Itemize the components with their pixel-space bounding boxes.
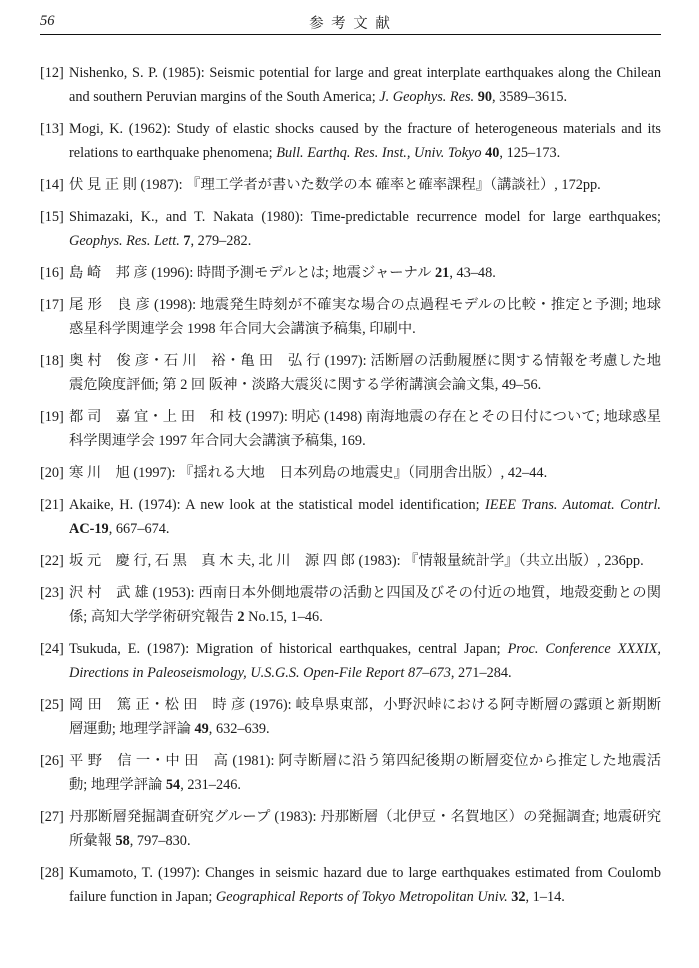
reference-text: Tsukuda, E. (1987): Migration of histori… [69, 637, 661, 685]
reference-item: [22]坂 元 慶 行, 石 黒 真 木 夫, 北 川 源 四 郎 (1983)… [40, 549, 661, 573]
reference-text-segment: 岡 田 篤 正・松 田 時 彦 (1976): 岐阜県東部，小野沢峠における阿寺… [69, 697, 661, 737]
reference-item: [17]尾 形 良 彦 (1998): 地震発生時刻が不確実な場合の点過程モデル… [40, 293, 661, 341]
reference-label: [15] [40, 205, 68, 253]
reference-text-segment: 32 [511, 889, 525, 905]
running-header: 56 参 考 文 献 [40, 12, 661, 35]
reference-label: [25] [40, 693, 68, 741]
reference-text-segment: 奥 村 俊 彦・石 川 裕・亀 田 弘 行 (1997): 活断層の活動履歴に関… [69, 353, 661, 393]
reference-text-segment: 40 [485, 145, 499, 161]
reference-text-segment: , 3589–3615. [492, 89, 567, 105]
reference-item: [14]伏 見 正 則 (1987): 『理工学者が書いた数学の本 確率と確率課… [40, 173, 661, 197]
reference-text-segment: 21 [435, 265, 449, 281]
reference-text-segment: 島 崎 邦 彦 (1996): 時間予測モデルとは; 地震ジャーナル [69, 265, 435, 281]
reference-text: 奥 村 俊 彦・石 川 裕・亀 田 弘 行 (1997): 活断層の活動履歴に関… [69, 349, 661, 397]
reference-label: [14] [40, 173, 68, 197]
header-title: 参 考 文 献 [40, 12, 661, 33]
reference-text: 寒 川 旭 (1997): 『揺れる大地 日本列島の地震史』（同朋舎出版）, 4… [69, 461, 661, 485]
reference-label: [21] [40, 493, 68, 541]
reference-text-segment: IEEE Trans. Automat. Contrl. [485, 497, 661, 513]
reference-text: 坂 元 慶 行, 石 黒 真 木 夫, 北 川 源 四 郎 (1983): 『情… [69, 549, 661, 573]
reference-text-segment: , 271–284. [451, 665, 512, 681]
reference-text-segment: , 231–246. [180, 777, 241, 793]
reference-item: [23]沢 村 武 雄 (1953): 西南日本外側地震帯の活動と四国及びその付… [40, 581, 661, 629]
reference-item: [18]奥 村 俊 彦・石 川 裕・亀 田 弘 行 (1997): 活断層の活動… [40, 349, 661, 397]
reference-text: 尾 形 良 彦 (1998): 地震発生時刻が不確実な場合の点過程モデルの比較・… [69, 293, 661, 341]
reference-label: [12] [40, 61, 68, 109]
reference-text-segment: 都 司 嘉 宜・上 田 和 枝 (1997): 明応 (1498) 南海地震の存… [69, 409, 661, 449]
document-page: 56 参 考 文 献 [12]Nishenko, S. P. (1985): S… [0, 0, 699, 968]
reference-item: [16]島 崎 邦 彦 (1996): 時間予測モデルとは; 地震ジャーナル 2… [40, 261, 661, 285]
reference-label: [19] [40, 405, 68, 453]
reference-item: [24]Tsukuda, E. (1987): Migration of his… [40, 637, 661, 685]
reference-text-segment: 49 [195, 721, 209, 737]
reference-text-segment: 尾 形 良 彦 (1998): 地震発生時刻が不確実な場合の点過程モデルの比較・… [69, 297, 661, 337]
reference-text-segment: 90 [478, 89, 492, 105]
reference-text-segment: J. Geophys. Res. [379, 89, 474, 105]
reference-item: [28]Kumamoto, T. (1997): Changes in seis… [40, 861, 661, 909]
reference-item: [26]平 野 信 一・中 田 高 (1981): 阿寺断層に沿う第四紀後期の断… [40, 749, 661, 797]
reference-text: 岡 田 篤 正・松 田 時 彦 (1976): 岐阜県東部，小野沢峠における阿寺… [69, 693, 661, 741]
reference-text: 沢 村 武 雄 (1953): 西南日本外側地震帯の活動と四国及びその付近の地質… [69, 581, 661, 629]
reference-label: [28] [40, 861, 68, 909]
reference-label: [22] [40, 549, 68, 573]
reference-text-segment: 54 [166, 777, 180, 793]
reference-text: 都 司 嘉 宜・上 田 和 枝 (1997): 明応 (1498) 南海地震の存… [69, 405, 661, 453]
reference-item: [21]Akaike, H. (1974): A new look at the… [40, 493, 661, 541]
reference-text: 島 崎 邦 彦 (1996): 時間予測モデルとは; 地震ジャーナル 21, 4… [69, 261, 661, 285]
reference-text-segment: 沢 村 武 雄 (1953): 西南日本外側地震帯の活動と四国及びその付近の地質… [69, 585, 661, 625]
reference-label: [27] [40, 805, 68, 853]
reference-label: [16] [40, 261, 68, 285]
reference-text: 丹那断層発掘調査研究グループ (1983): 丹那断層（北伊豆・名賀地区）の発掘… [69, 805, 661, 853]
reference-label: [13] [40, 117, 68, 165]
reference-text: 平 野 信 一・中 田 高 (1981): 阿寺断層に沿う第四紀後期の断層変位か… [69, 749, 661, 797]
reference-text-segment: 58 [115, 833, 129, 849]
reference-text-segment: , 279–282. [191, 233, 252, 249]
reference-text-segment: Akaike, H. (1974): A new look at the sta… [69, 497, 485, 513]
reference-text: Kumamoto, T. (1997): Changes in seismic … [69, 861, 661, 909]
reference-text-segment: 2 [237, 609, 244, 625]
reference-text-segment: , 125–173. [499, 145, 560, 161]
reference-list: [12]Nishenko, S. P. (1985): Seismic pote… [40, 61, 661, 909]
reference-item: [15]Shimazaki, K., and T. Nakata (1980):… [40, 205, 661, 253]
reference-text-segment: AC-19 [69, 521, 109, 537]
reference-label: [23] [40, 581, 68, 629]
reference-text-segment: Bull. Earthq. Res. Inst., Univ. Tokyo [276, 145, 481, 161]
reference-item: [27]丹那断層発掘調査研究グループ (1983): 丹那断層（北伊豆・名賀地区… [40, 805, 661, 853]
reference-text: Mogi, K. (1962): Study of elastic shocks… [69, 117, 661, 165]
reference-text-segment: Shimazaki, K., and T. Nakata (1980): Tim… [69, 209, 661, 225]
reference-text: Shimazaki, K., and T. Nakata (1980): Tim… [69, 205, 661, 253]
reference-text-segment: Nishenko, S. P. (1985): Seismic potentia… [69, 65, 661, 105]
reference-text-segment: 寒 川 旭 (1997): 『揺れる大地 日本列島の地震史』（同朋舎出版）, 4… [69, 465, 547, 481]
reference-label: [26] [40, 749, 68, 797]
reference-label: [18] [40, 349, 68, 397]
reference-text-segment: , 1–14. [526, 889, 565, 905]
reference-item: [25]岡 田 篤 正・松 田 時 彦 (1976): 岐阜県東部，小野沢峠にお… [40, 693, 661, 741]
reference-text-segment: 伏 見 正 則 (1987): 『理工学者が書いた数学の本 確率と確率課程』（講… [69, 177, 601, 193]
reference-item: [12]Nishenko, S. P. (1985): Seismic pote… [40, 61, 661, 109]
reference-text: Nishenko, S. P. (1985): Seismic potentia… [69, 61, 661, 109]
reference-item: [19]都 司 嘉 宜・上 田 和 枝 (1997): 明応 (1498) 南海… [40, 405, 661, 453]
reference-text-segment: Geographical Reports of Tokyo Metropolit… [216, 889, 508, 905]
reference-text-segment: No.15, 1–46. [245, 609, 323, 625]
reference-text-segment: , 667–674. [109, 521, 170, 537]
reference-text: 伏 見 正 則 (1987): 『理工学者が書いた数学の本 確率と確率課程』（講… [69, 173, 661, 197]
reference-text-segment: 7 [183, 233, 190, 249]
reference-text-segment: Geophys. Res. Lett. [69, 233, 180, 249]
reference-text: Akaike, H. (1974): A new look at the sta… [69, 493, 661, 541]
reference-label: [24] [40, 637, 68, 685]
reference-item: [20]寒 川 旭 (1997): 『揺れる大地 日本列島の地震史』（同朋舎出版… [40, 461, 661, 485]
reference-text-segment: Tsukuda, E. (1987): Migration of histori… [69, 641, 508, 657]
reference-text-segment: 平 野 信 一・中 田 高 (1981): 阿寺断層に沿う第四紀後期の断層変位か… [69, 753, 661, 793]
reference-text-segment: , 797–830. [130, 833, 191, 849]
reference-item: [13]Mogi, K. (1962): Study of elastic sh… [40, 117, 661, 165]
reference-label: [17] [40, 293, 68, 341]
reference-label: [20] [40, 461, 68, 485]
reference-text-segment: , 632–639. [209, 721, 270, 737]
reference-text-segment: 坂 元 慶 行, 石 黒 真 木 夫, 北 川 源 四 郎 (1983): 『情… [69, 553, 644, 569]
reference-text-segment: , 43–48. [449, 265, 495, 281]
